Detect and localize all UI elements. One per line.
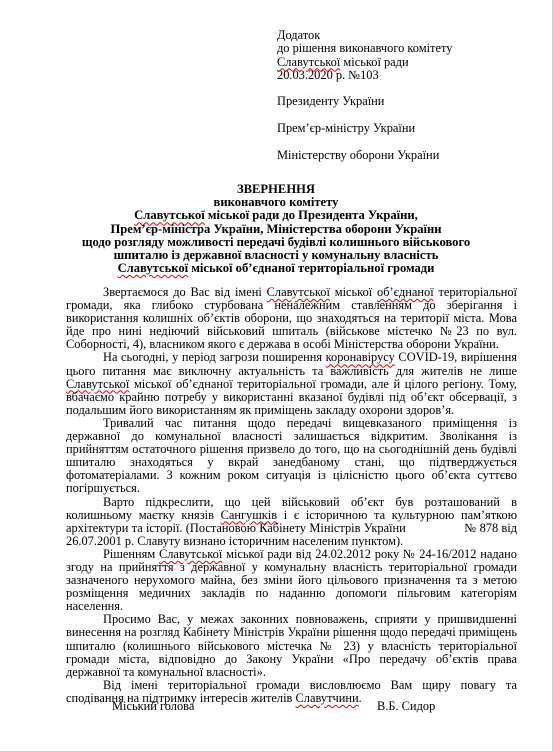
misspelled-word: Славутської [159,547,222,561]
text-run: Просимо Вас, у межах законних повноважен… [66,612,517,678]
text-run [406,521,465,535]
addressee-line: Президенту України [277,95,452,108]
text-run: міської об’єднаної територіальної громад… [66,377,517,417]
misspelled-word: Славутської [267,285,330,299]
text-run: міської [330,285,377,299]
text-run: Тривалий час питання щодо передачі вищев… [66,416,517,495]
misspelled-word: Славутської [277,55,340,69]
appendix-line: Додаток [277,29,452,42]
document-title: ЗВЕРНЕННЯ виконавчого комітету Славутськ… [0,183,552,275]
text-run: Прем’єр-міністра України, Міністерства о… [110,222,441,236]
text-run: міської ради до Президента України, [205,208,418,222]
paragraph: Рішенням Славутської міської ради від 24… [66,548,517,613]
signature-position-title: Міський голова [112,699,194,714]
document-header-block: Додаток до рішення виконавчого комітету … [277,29,452,162]
misspelled-word: Славутської [134,208,205,222]
appendix-line: 20.03.2020 р. №103 [277,69,452,82]
text-run: до рішення виконавчого комітету [277,41,452,55]
paragraph: Варто підкреслити, що цей військовий об’… [66,496,517,548]
title-line: Славутської міської об’єднаної територіа… [0,262,552,275]
text-run: На сьогодні, у період загрози поширення [103,350,326,364]
document-page: Додаток до рішення виконавчого комітету … [0,0,553,752]
text-run: виконавчого комітету [214,195,339,209]
addressee-line: Міністерству оборони України [277,149,452,162]
appendix-line: Славутської міської ради [277,56,452,69]
text-run: міської ради [340,55,408,69]
misspelled-word: Сангушків [221,508,278,522]
text-run: Рішенням [103,547,159,561]
addressee-line: Прем’єр-міністру України [277,122,452,135]
paragraph: Тривалий час питання щодо передачі вищев… [66,417,517,496]
misspelled-word: коронавірусу [326,350,395,364]
paragraph: Звертаємося до Вас від імені Славутської… [66,286,517,351]
paragraph: На сьогодні, у період загрози поширення … [66,351,517,416]
text-run: ЗВЕРНЕННЯ [237,182,315,196]
appendix-line: до рішення виконавчого комітету [277,42,452,55]
misspelled-word: об’єднаної [377,285,434,299]
paragraph: Просимо Вас, у межах законних повноважен… [66,613,517,678]
text-run: шпиталю із державної власності у комунал… [114,248,439,262]
misspelled-word: Славутської [118,261,189,275]
text-run: 20.03.2020 р. №103 [277,68,379,82]
misspelled-word: Славутської [66,377,129,391]
signature-name: В.Б. Сидор [377,699,435,714]
document-body: Звертаємося до Вас від імені Славутської… [66,286,517,705]
text-run: Звертаємося до Вас від імені [103,285,267,299]
text-run: міської об’єднаної територіальної громад… [188,261,434,275]
text-run: Додаток [277,28,320,42]
text-run: щодо розгляду можливості передачі будівл… [82,235,470,249]
signature-block: Міський голова В.Б. Сидор [66,699,517,717]
